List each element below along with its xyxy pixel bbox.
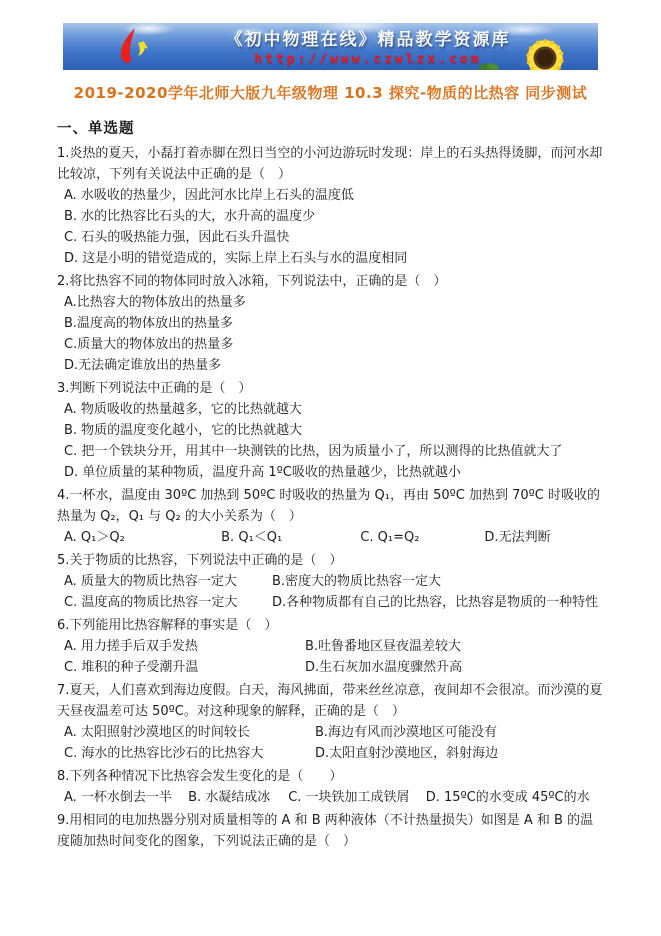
answer-option: C.质量大的物体放出的热量多	[64, 334, 605, 355]
answer-option: B.温度高的物体放出的热量多	[64, 313, 605, 334]
question-3: 3.判断下列说法中正确的是（ ） A. 物质吸收的热量越多，它的比热就越大 B.…	[57, 378, 605, 483]
answer-option: D.生石灰加水温度骤然升高	[305, 657, 605, 678]
answer-option: B.密度大的物质比热容一定大	[272, 571, 605, 592]
question-stem: 7.夏天，人们喜欢到海边度假。白天，海风拂面，带来丝丝凉意，夜间却不会很凉。而沙…	[57, 680, 605, 722]
answer-options-row: A. 一杯水倒去一半 B. 水凝结成冰 C. 一块铁加工成铁屑 D. 15ºC的…	[64, 787, 605, 808]
section-heading: 一、单选题	[57, 117, 135, 138]
question-stem: 4.一杯水，温度由 30ºC 加热到 50ºC 时吸收的热量为 Q₁，再由 50…	[57, 485, 605, 527]
answer-option: B. Q₁＜Q₁	[221, 527, 356, 548]
answer-option: A. 物质吸收的热量越多，它的比热就越大	[64, 399, 605, 420]
answer-option: B. 物质的温度变化越小，它的比热就越大	[64, 420, 605, 441]
answer-option: D. 这是小明的错觉造成的，实际上岸上石头与水的温度相同	[64, 248, 605, 269]
question-stem: 2.将比热容不同的物体同时放入冰箱，下列说法中，正确的是（ ）	[57, 271, 605, 292]
answer-option: D. 15ºC的水变成 45ºC的水	[426, 787, 590, 808]
question-stem: 6.下列能用比热容解释的事实是（ ）	[57, 615, 605, 636]
answer-option: C. Q₁=Q₂	[360, 527, 480, 548]
answer-option: B.吐鲁番地区昼夜温差较大	[305, 636, 605, 657]
answer-options-grid: A. 质量大的物质比热容一定大 B.密度大的物质比热容一定大 C. 温度高的物质…	[64, 571, 605, 613]
question-stem: 3.判断下列说法中正确的是（ ）	[57, 378, 605, 399]
flame-logo-icon	[111, 26, 155, 68]
answer-option: A. 水吸收的热量少，因此河水比岸上石头的温度低	[64, 185, 605, 206]
answer-option: B. 水凝结成冰	[188, 787, 272, 808]
question-list: 1.炎热的夏天，小磊打着赤脚在烈日当空的小河边游玩时发现：岸上的石头热得烫脚，而…	[57, 143, 605, 854]
answer-option: C. 堆积的种子受潮升温	[64, 657, 305, 678]
answer-option: A. Q₁＞Q₂	[64, 527, 217, 548]
answer-option: B.海边有风而沙漠地区可能没有	[315, 722, 605, 743]
answer-options-grid: A. 用力搓手后双手发热 B.吐鲁番地区昼夜温差较大 C. 堆积的种子受潮升温 …	[64, 636, 605, 678]
sunflower-icon	[506, 24, 584, 70]
answer-option: A. 太阳照射沙漠地区的时间较长	[64, 722, 315, 743]
answer-option: A. 质量大的物质比热容一定大	[64, 571, 272, 592]
answer-option: A. 一杯水倒去一半	[64, 787, 172, 808]
question-stem: 8.下列各种情况下比热容会发生变化的是（ ）	[57, 766, 605, 787]
question-stem: 1.炎热的夏天，小磊打着赤脚在烈日当空的小河边游玩时发现：岸上的石头热得烫脚，而…	[57, 143, 605, 185]
question-stem: 5.关于物质的比热容，下列说法中正确的是（ ）	[57, 550, 605, 571]
answer-option: C. 一块铁加工成铁屑	[288, 787, 409, 808]
answer-option: A.比热容大的物体放出的热量多	[64, 292, 605, 313]
answer-options-row: A. Q₁＞Q₂ B. Q₁＜Q₁ C. Q₁=Q₂ D.无法判断	[64, 527, 605, 548]
page-title: 2019-2020学年北师大版九年级物理 10.3 探究-物质的比热容 同步测试	[0, 82, 661, 103]
question-stem: 9.用相同的电加热器分别对质量相等的 A 和 B 两种液体（不计热量损失）如图是…	[57, 810, 605, 852]
site-title: 《初中物理在线》精品教学资源库	[203, 25, 533, 50]
answer-option: C. 石头的吸热能力强，因此石头升温快	[64, 227, 605, 248]
site-banner: 《初中物理在线》精品教学资源库 http://www.czwlzx.com	[63, 23, 598, 70]
answer-option: C. 温度高的物质比热容一定大	[64, 592, 272, 613]
answer-option: C. 把一个铁块分开，用其中一块测铁的比热，因为质量小了，所以测得的比热值就大了	[64, 441, 605, 462]
question-2: 2.将比热容不同的物体同时放入冰箱，下列说法中，正确的是（ ） A.比热容大的物…	[57, 271, 605, 376]
answer-option: D.无法判断	[484, 527, 550, 548]
answer-option: B. 水的比热容比石头的大，水升高的温度少	[64, 206, 605, 227]
question-7: 7.夏天，人们喜欢到海边度假。白天，海风拂面，带来丝丝凉意，夜间却不会很凉。而沙…	[57, 680, 605, 764]
answer-option: D. 单位质量的某种物质，温度升高 1ºC吸收的热量越少，比热就越小	[64, 462, 605, 483]
answer-option: D.太阳直射沙漠地区，斜射海边	[315, 743, 605, 764]
question-4: 4.一杯水，温度由 30ºC 加热到 50ºC 时吸收的热量为 Q₁，再由 50…	[57, 485, 605, 548]
question-9: 9.用相同的电加热器分别对质量相等的 A 和 B 两种液体（不计热量损失）如图是…	[57, 810, 605, 852]
answer-option: D.无法确定谁放出的热量多	[64, 355, 605, 376]
answer-option: A. 用力搓手后双手发热	[64, 636, 305, 657]
answer-option: D.各种物质都有自己的比热容，比热容是物质的一种特性	[272, 592, 605, 613]
answer-options-grid: A. 太阳照射沙漠地区的时间较长 B.海边有风而沙漠地区可能没有 C. 海水的比…	[64, 722, 605, 764]
question-1: 1.炎热的夏天，小磊打着赤脚在烈日当空的小河边游玩时发现：岸上的石头热得烫脚，而…	[57, 143, 605, 269]
question-8: 8.下列各种情况下比热容会发生变化的是（ ） A. 一杯水倒去一半 B. 水凝结…	[57, 766, 605, 808]
plant-sprout-icon	[478, 56, 500, 70]
answer-option: C. 海水的比热容比沙石的比热容大	[64, 743, 315, 764]
question-6: 6.下列能用比热容解释的事实是（ ） A. 用力搓手后双手发热 B.吐鲁番地区昼…	[57, 615, 605, 678]
question-5: 5.关于物质的比热容，下列说法中正确的是（ ） A. 质量大的物质比热容一定大 …	[57, 550, 605, 613]
